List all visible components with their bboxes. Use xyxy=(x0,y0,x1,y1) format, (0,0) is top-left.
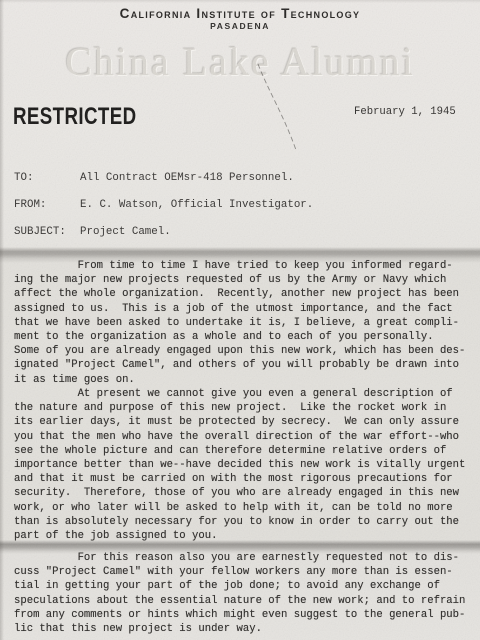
subject-value: Project Camel. xyxy=(80,226,171,238)
from-value: E. C. Watson, Official Investigator. xyxy=(80,199,313,211)
from-label: FROM: xyxy=(14,199,46,211)
body-paragraph-2: At present we cannot give you even a gen… xyxy=(14,387,465,543)
field-row-to: TO: All Contract OEMsr-418 Personnel. xyxy=(14,172,33,184)
subject-label: SUBJECT: xyxy=(14,226,66,238)
letterhead-institution: California Institute of Technology xyxy=(0,6,480,21)
to-value: All Contract OEMsr-418 Personnel. xyxy=(80,172,294,184)
date-line: February 1, 1945 xyxy=(354,106,456,118)
field-row-from: FROM: E. C. Watson, Official Investigato… xyxy=(14,199,46,211)
letterhead-city: Pasadena xyxy=(0,21,480,31)
to-label: TO: xyxy=(14,172,33,184)
body-paragraph-3: For this reason also you are earnestly r… xyxy=(14,551,465,636)
scan-edge-shadow-top xyxy=(0,0,480,3)
body-paragraph-1: From time to time I have tried to keep y… xyxy=(14,259,465,387)
classification-stamp: RESTRICTED xyxy=(13,103,137,131)
scan-edge-shadow-left xyxy=(0,0,4,640)
memo-page: California Institute of Technology Pasad… xyxy=(0,0,480,640)
field-row-subject: SUBJECT: Project Camel. xyxy=(14,226,66,238)
watermark-text: China Lake Alumni xyxy=(0,38,480,85)
